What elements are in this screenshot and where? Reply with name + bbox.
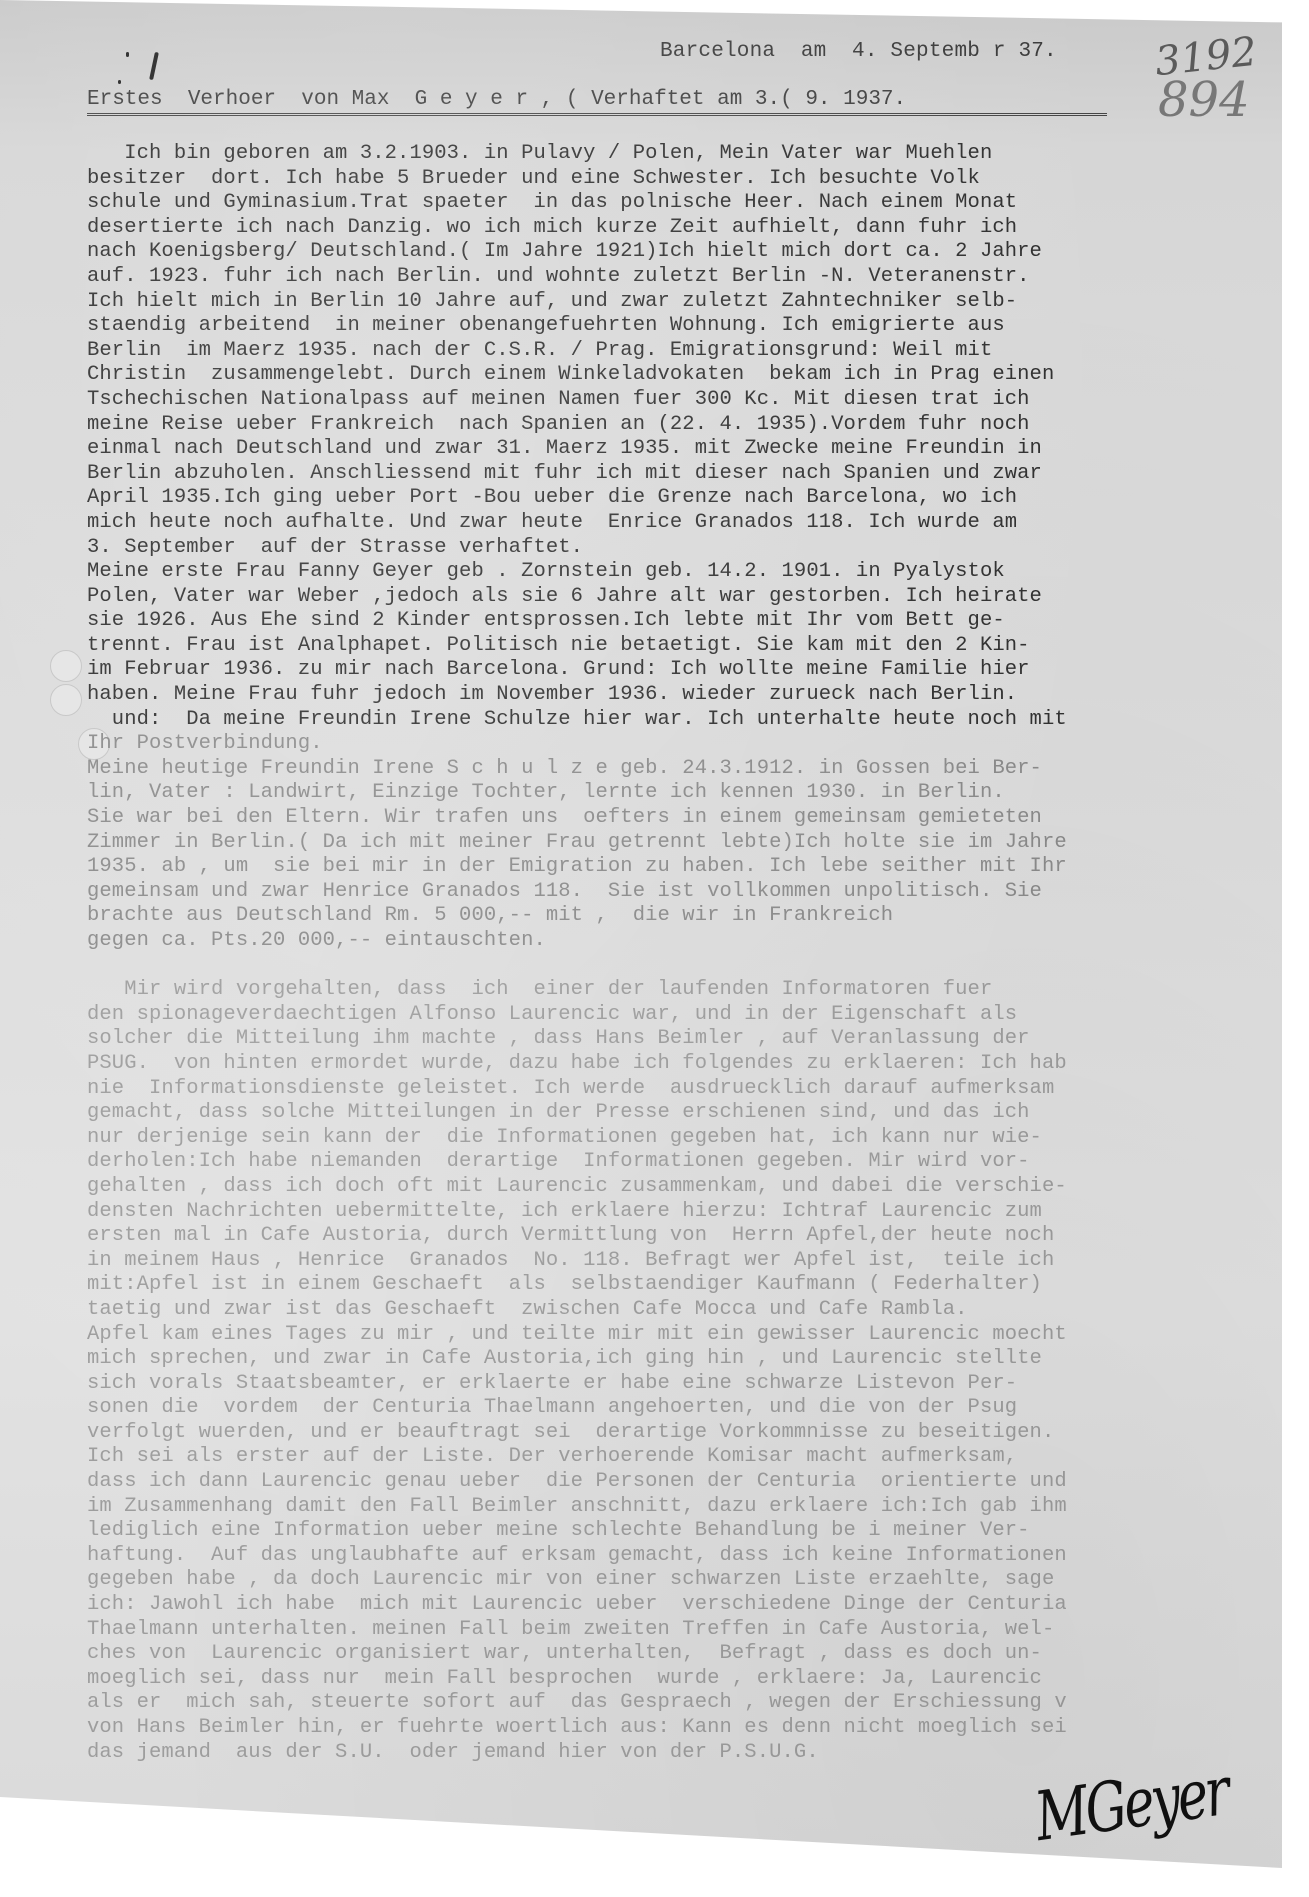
text-line: derholen:Ich habe niemanden derartige In… — [87, 1150, 1287, 1175]
text-line: nie Informationsdienste geleistet. Ich w… — [87, 1077, 1287, 1102]
text-line: auf. 1923. fuhr ich nach Berlin. und woh… — [87, 265, 1287, 290]
text-line: solcher die Mitteilung ihm machte , dass… — [87, 1027, 1287, 1052]
text-line: als er mich sah, steuerte sofort auf das… — [87, 1691, 1287, 1716]
text-line: Mir wird vorgehalten, dass ich einer der… — [87, 978, 1287, 1003]
text-line: Ich bin geboren am 3.2.1903. in Pulavy /… — [87, 142, 1287, 167]
text-line: einmal nach Deutschland und zwar 31. Mae… — [87, 437, 1287, 462]
paragraph-accusation: Mir wird vorgehalten, dass ich einer der… — [87, 978, 1287, 1765]
text-line: ches von Laurencic organisiert war, unte… — [87, 1642, 1287, 1667]
text-line: gegen ca. Pts.20 000,-- eintauschten. — [87, 929, 1287, 954]
text-line: Ich sei als erster auf der Liste. Der ve… — [87, 1445, 1287, 1470]
paragraph-personal-history: Ich bin geboren am 3.2.1903. in Pulavy /… — [87, 142, 1287, 560]
archive-number-bottom: 894 — [1158, 72, 1250, 128]
paragraph-gap — [87, 954, 1287, 979]
place-date: Barcelona am 4. Septemb r 37. — [660, 40, 1057, 63]
text-line: Meine heutige Freundin Irene S c h u l z… — [87, 757, 1287, 782]
text-line: April 1935.Ich ging ueber Port -Bou uebe… — [87, 486, 1287, 511]
text-line: Ich hielt mich in Berlin 10 Jahre auf, u… — [87, 290, 1287, 315]
text-line: moeglich sei, dass nur mein Fall besproc… — [87, 1667, 1287, 1692]
text-line: densten Nachrichten uebermittelte, ich e… — [87, 1200, 1287, 1225]
text-line: taetig und zwar ist das Geschaeft zwisch… — [87, 1298, 1287, 1323]
text-line: im Februar 1936. zu mir nach Barcelona. … — [87, 658, 1287, 683]
ink-mark — [118, 80, 121, 84]
text-line: Berlin abzuholen. Anschliessend mit fuhr… — [87, 462, 1287, 487]
paragraph-girlfriend: Ihr Postverbindung. Meine heutige Freund… — [87, 732, 1287, 953]
paragraph-first-wife: Meine erste Frau Fanny Geyer geb . Zorns… — [87, 560, 1287, 732]
text-line: Tschechischen Nationalpass auf meinen Na… — [87, 388, 1287, 413]
text-line: haben. Meine Frau fuhr jedoch im Novembe… — [87, 683, 1287, 708]
text-line: Thaelmann unterhalten. meinen Fall beim … — [87, 1618, 1287, 1643]
text-line: haftung. Auf das unglaubhafte auf erksam… — [87, 1544, 1287, 1569]
text-line: 1935. ab , um sie bei mir in der Emigrat… — [87, 855, 1287, 880]
text-line: lin, Vater : Landwirt, Einzige Tochter, … — [87, 781, 1287, 806]
text-line: Apfel kam eines Tages zu mir , und teilt… — [87, 1323, 1287, 1348]
text-line: und: Da meine Freundin Irene Schulze hie… — [87, 708, 1287, 733]
text-line: Christin zusammengelebt. Durch einem Win… — [87, 363, 1287, 388]
text-line: ersten mal in Cafe Austoria, durch Vermi… — [87, 1224, 1287, 1249]
text-line: lediglich eine Information ueber meine s… — [87, 1519, 1287, 1544]
text-line: brachte aus Deutschland Rm. 5 000,-- mit… — [87, 904, 1287, 929]
text-line: 3. September auf der Strasse verhaftet. — [87, 536, 1287, 561]
ink-mark — [126, 52, 129, 57]
text-line: das jemand aus der S.U. oder jemand hier… — [87, 1741, 1287, 1766]
text-line: ich: Jawohl ich habe mich mit Laurencic … — [87, 1593, 1287, 1618]
ink-mark — [149, 52, 159, 80]
text-line: mit:Apfel ist in einem Geschaeft als sel… — [87, 1273, 1287, 1298]
text-line: den spionageverdaechtigen Alfonso Lauren… — [87, 1003, 1287, 1028]
signature: MGeyer — [1031, 1753, 1233, 1857]
text-line: Zimmer in Berlin.( Da ich mit meiner Fra… — [87, 831, 1287, 856]
text-line: Polen, Vater war Weber ,jedoch als sie 6… — [87, 585, 1287, 610]
text-line: sonen die vordem der Centuria Thaelmann … — [87, 1396, 1287, 1421]
text-line: in meinem Haus , Henrice Granados No. 11… — [87, 1249, 1287, 1274]
punch-hole-2 — [50, 684, 82, 716]
text-line: staendig arbeitend in meiner obenangefue… — [87, 314, 1287, 339]
text-line: verfolgt wuerden, und er beauftragt sei … — [87, 1421, 1287, 1446]
punch-hole-3 — [78, 728, 110, 760]
text-line: desertierte ich nach Danzig. wo ich mich… — [87, 216, 1287, 241]
text-line: schule und Gyminasium.Trat spaeter in da… — [87, 191, 1287, 216]
text-line: trennt. Frau ist Analphapet. Politisch n… — [87, 634, 1287, 659]
text-line: Ihr Postverbindung. — [87, 732, 1287, 757]
text-line: mich heute noch aufhalte. Und zwar heute… — [87, 511, 1287, 536]
text-line: gemacht, dass solche Mitteilungen in der… — [87, 1101, 1287, 1126]
text-line: PSUG. von hinten ermordet wurde, dazu ha… — [87, 1052, 1287, 1077]
text-line: nur derjenige sein kann der die Informat… — [87, 1126, 1287, 1151]
text-line: Berlin im Maerz 1935. nach der C.S.R. / … — [87, 339, 1287, 364]
text-line: gemeinsam und zwar Henrice Granados 118.… — [87, 880, 1287, 905]
text-line: sich vorals Staatsbeamter, er erklaerte … — [87, 1372, 1287, 1397]
text-line: von Hans Beimler hin, er fuehrte woertli… — [87, 1716, 1287, 1741]
text-line: dass ich dann Laurencic genau ueber die … — [87, 1470, 1287, 1495]
archive-number-top: 3192 — [1153, 29, 1259, 85]
text-line: mich sprechen, und zwar in Cafe Austoria… — [87, 1347, 1287, 1372]
text-line: besitzer dort. Ich habe 5 Brueder und ei… — [87, 167, 1287, 192]
document-title: Erstes Verhoer von Max G e y e r , ( Ver… — [87, 88, 1107, 116]
text-line: nach Koenigsberg/ Deutschland.( Im Jahre… — [87, 240, 1287, 265]
text-line: sie 1926. Aus Ehe sind 2 Kinder entspros… — [87, 609, 1287, 634]
document-page: Barcelona am 4. Septemb r 37. 3192 894 E… — [0, 0, 1282, 1868]
punch-hole-1 — [50, 650, 82, 682]
text-line: gegeben habe , da doch Laurencic mir von… — [87, 1568, 1287, 1593]
text-line: meine Reise ueber Frankreich nach Spanie… — [87, 413, 1287, 438]
text-line: gehalten , dass ich doch oft mit Laurenc… — [87, 1175, 1287, 1200]
text-line: Sie war bei den Eltern. Wir trafen uns o… — [87, 806, 1287, 831]
text-line: im Zusammenhang damit den Fall Beimler a… — [87, 1495, 1287, 1520]
text-line: Meine erste Frau Fanny Geyer geb . Zorns… — [87, 560, 1287, 585]
document-body: Ich bin geboren am 3.2.1903. in Pulavy /… — [87, 142, 1287, 1765]
